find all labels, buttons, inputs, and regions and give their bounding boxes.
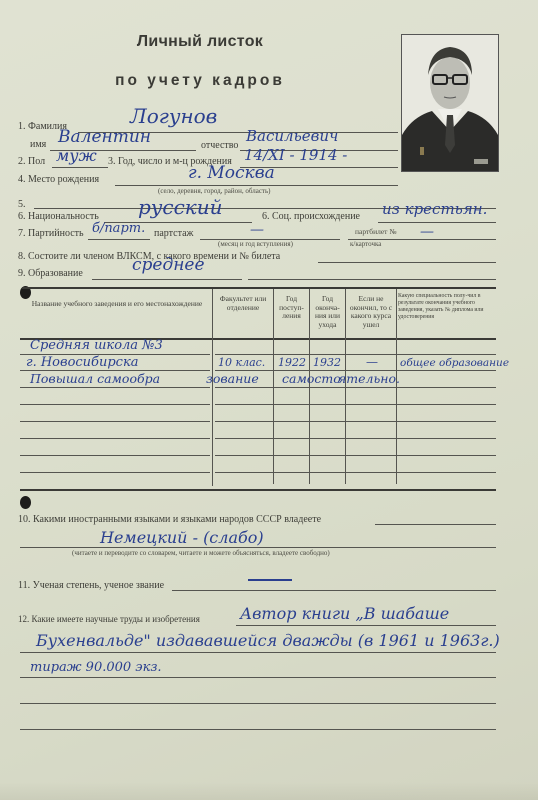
row2-faculty: 10 клас. (218, 356, 265, 369)
social-origin-value: из крестьян. (382, 200, 487, 218)
row2-institution: г. Новосибирска (26, 355, 138, 370)
col-header-dropout-course: Если не окончил, то с какого курса ушел (347, 295, 395, 329)
col-header-start-year: Год поступ-ления (275, 295, 308, 321)
field-5-label: 5. (18, 199, 26, 210)
languages-hint: (читаете и переводите со словарем, читае… (72, 549, 330, 557)
works-line-3: тираж 90.000 экз. (30, 660, 162, 675)
patronymic-value: Васильевич (246, 127, 338, 145)
works-line-2: Бухенвальде" издававшейся дважды (в 1961… (36, 631, 500, 650)
party-card-label: партбилет № (355, 227, 396, 236)
punch-hole (20, 496, 31, 509)
degree-label: 11. Ученая степень, ученое звание (18, 580, 164, 591)
works-line-1: Автор книги „В шабаше (240, 604, 449, 623)
sex-label: 2. Пол (18, 156, 45, 167)
portrait-photo (401, 34, 499, 172)
row3-institution: Повышал самообра (30, 371, 160, 386)
party-card-value: — (420, 224, 434, 240)
portrait-image (402, 35, 498, 171)
row2-course: — (366, 355, 378, 369)
row3-end: ятельно. (338, 371, 400, 386)
party-tenure-value: — (250, 222, 264, 238)
party-value: б/парт. (92, 221, 145, 236)
birthplace-hint: (село, деревня, город, район, область) (158, 187, 271, 195)
row2-specialty: общее образование (400, 357, 509, 369)
col-header-faculty: Факультет или отделение (214, 295, 272, 312)
party-card-hint: к/карточка (350, 240, 381, 248)
languages-value: Немецкий - (слабо) (100, 528, 264, 547)
first-name-value: Валентин (58, 127, 151, 147)
nationality-value: русский (138, 195, 223, 219)
col-header-end-year: Год оконча-ния или ухода (311, 295, 344, 329)
degree-value-dash (248, 579, 292, 581)
row3-start: самосто (282, 371, 341, 386)
patronymic-label: отчество (201, 140, 238, 151)
row3-faculty: зование (206, 371, 259, 386)
party-tenure-hint: (месяц и год вступления) (218, 240, 293, 248)
works-label: 12. Какие имеете научные труды и изобрет… (18, 614, 200, 624)
birthdate-value: 14/XI - 1914 - (244, 146, 347, 164)
party-tenure-label: партстаж (154, 228, 193, 239)
row2-start-year: 1922 (278, 356, 306, 369)
col-header-specialty: Какую специальность полу-чил в результат… (398, 293, 496, 321)
row1-institution: Средняя школа №3 (30, 338, 163, 353)
page-subtitle: по учету кадров (0, 72, 400, 90)
page-title: Личный листок (0, 33, 400, 51)
party-label: 7. Партийность (18, 228, 84, 239)
birthplace-value: г. Москва (188, 163, 275, 183)
birthplace-label: 4. Место рождения (18, 174, 99, 185)
education-label: 9. Образование (18, 268, 83, 279)
col-header-institution: Название учебного заведения и его местон… (24, 300, 210, 309)
first-name-label: имя (30, 139, 46, 150)
paper-fold (0, 782, 538, 800)
sex-value: муж (56, 146, 97, 165)
social-origin-label: 6. Соц. происхождение (262, 211, 360, 222)
nationality-label: 6. Национальность (18, 211, 99, 222)
row2-end-year: 1932 (313, 356, 341, 369)
education-value: среднее (132, 255, 205, 275)
personnel-record-sheet: Личный листок по учету кадров 1. Фамилия… (0, 0, 538, 800)
languages-label: 10. Какими иностранными языками и языкам… (18, 514, 321, 525)
surname-value: Логунов (130, 104, 217, 128)
